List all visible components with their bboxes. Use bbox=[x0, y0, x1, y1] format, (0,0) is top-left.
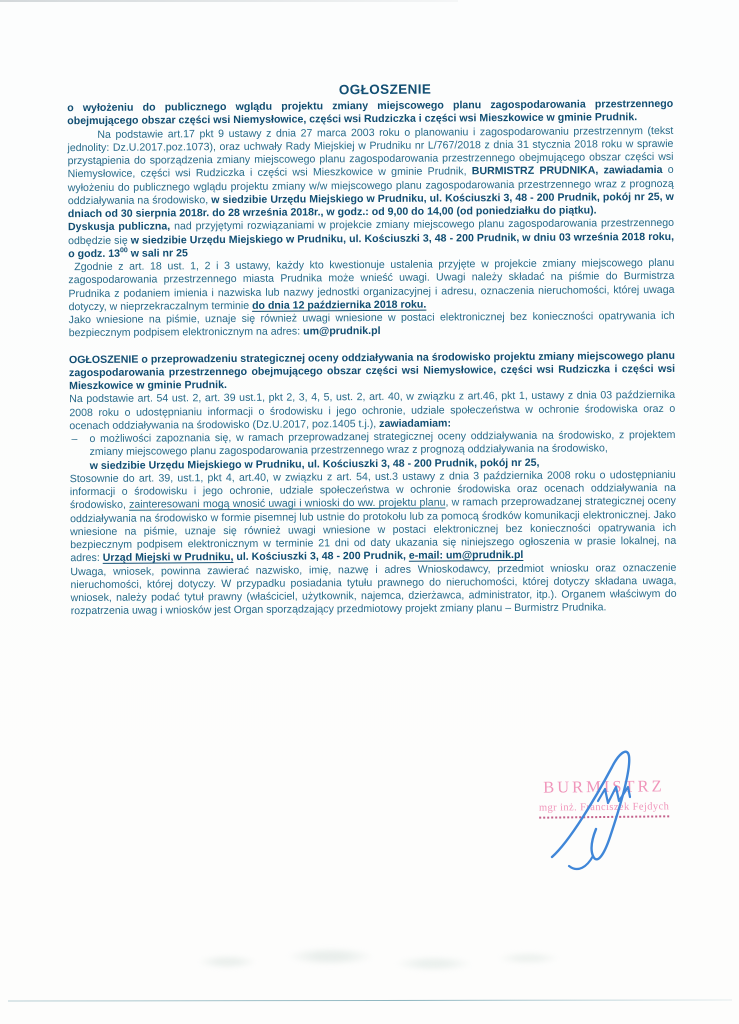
comments-submission-paragraph: Stosownie do art. 39, ust.1, pkt 4, art.… bbox=[70, 469, 677, 566]
stamp-name-row: mgr inż. Franciszek Fejdych bbox=[523, 796, 685, 819]
text-segment: Na podstawie art. 54 ust. 2, art. 39 ust… bbox=[69, 389, 675, 432]
electronic-submission-paragraph: Jako wniesione na piśmie, uznaje się rów… bbox=[69, 310, 675, 341]
stamp-title: BURMISTRZ bbox=[523, 776, 685, 798]
text-segment: do dnia 12 października 2018 roku. bbox=[252, 298, 426, 311]
announcement-body: o wyłożeniu do publicznego wglądu projek… bbox=[67, 98, 677, 619]
bullet-dash: – bbox=[71, 433, 77, 446]
text-segment: o możliwości zapoznania się, w ramach pr… bbox=[89, 429, 675, 458]
text-segment: Uwaga, wniosek, powinna zawierać nazwisk… bbox=[70, 561, 676, 617]
text-segment: Dyskusja publiczna, bbox=[68, 221, 170, 234]
announcement-title: OGŁOSZENIE bbox=[97, 80, 673, 99]
text-segment: zainteresowani mogą wnosić uwagi i wnios… bbox=[129, 497, 445, 511]
subject-paragraph: o wyłożeniu do publicznego wglądu projek… bbox=[67, 98, 673, 129]
text-segment: zawiadamiam: bbox=[379, 417, 451, 430]
text-segment: e-mail: um@prudnik.pl bbox=[409, 549, 524, 562]
second-announcement-heading: OGŁOSZENIE o przeprowadzeniu strategiczn… bbox=[69, 349, 675, 393]
text-segment: OGŁOSZENIE o przeprowadzeniu strategiczn… bbox=[69, 349, 675, 392]
bullet-item-possibility: –o możliwości zapoznania się, w ramach p… bbox=[69, 429, 675, 460]
text-segment: BURMISTRZ PRUDNIKA, zawiadamia bbox=[472, 164, 663, 177]
scan-edge-line-artifact bbox=[8, 999, 732, 1001]
text-segment: w sali nr 25 bbox=[128, 247, 188, 259]
scan-smudge-artifact bbox=[150, 942, 580, 978]
stamp-name: mgr inż. Franciszek Fejdych bbox=[539, 801, 670, 818]
requirements-paragraph: Uwaga, wniosek, powinna zawierać nazwisk… bbox=[70, 561, 676, 618]
text-segment: 00 bbox=[120, 247, 128, 254]
scan-top-edge-artifact bbox=[0, 0, 458, 2]
objections-paragraph: Zgodnie z art. 18 ust. 1, 2 i 3 ustawy, … bbox=[68, 257, 674, 314]
text-segment: Urząd Miejski w Prudniku, bbox=[103, 551, 234, 564]
legal-basis-paragraph: Na podstawie art.17 pkt 9 ustawy z dnia … bbox=[67, 124, 674, 221]
text-segment: ul. Kościuszki 3, 48 - 200 Prudnik, bbox=[233, 550, 409, 563]
public-discussion-paragraph: Dyskusja publiczna, nad przyjętymi rozwi… bbox=[68, 217, 674, 261]
signatory-stamp: BURMISTRZ mgr inż. Franciszek Fejdych bbox=[523, 776, 685, 819]
second-legal-basis-paragraph: Na podstawie art. 54 ust. 2, art. 39 ust… bbox=[69, 389, 675, 433]
announcement-document: OGŁOSZENIE o wyłożeniu do publicznego wg… bbox=[67, 80, 677, 619]
text-segment: o wyłożeniu do publicznego wglądu projek… bbox=[67, 98, 673, 127]
scanned-page: OGŁOSZENIE o wyłożeniu do publicznego wg… bbox=[0, 0, 739, 1024]
text-segment: um@prudnik.pl bbox=[303, 325, 381, 338]
